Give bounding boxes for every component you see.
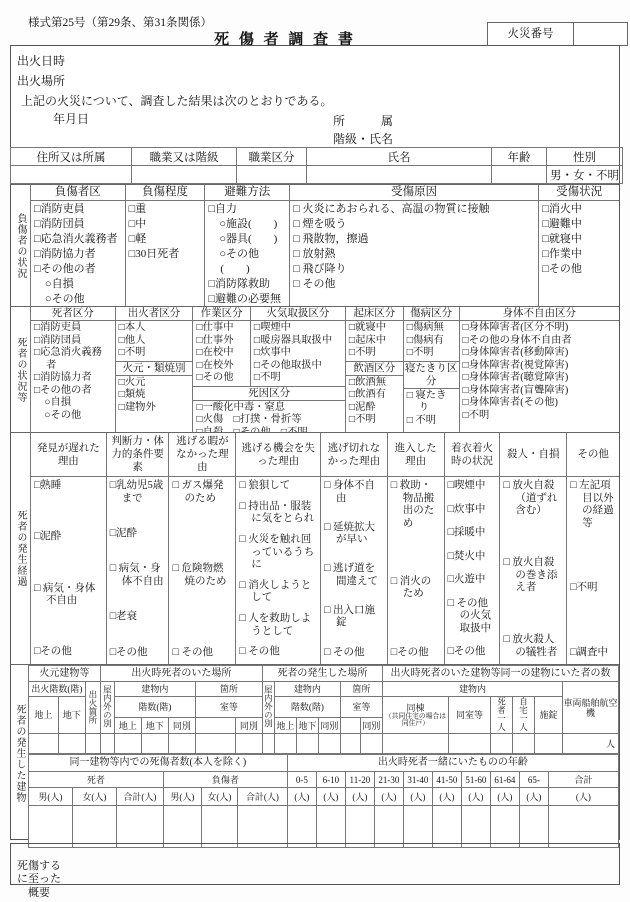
checkbox-item[interactable]: □不明	[254, 372, 342, 385]
checkbox-item[interactable]: □仕事中	[196, 322, 246, 335]
checkbox-item[interactable]: □消火中	[542, 202, 616, 217]
checkbox-item[interactable]: □ その他	[239, 646, 317, 659]
summary-label: 死傷する に至った 概要	[17, 860, 61, 899]
checkbox-item[interactable]: □泥酔	[34, 531, 103, 544]
hdr-above-ground: 地上	[274, 718, 296, 734]
rank-name-label: 階級・氏名	[333, 130, 393, 148]
data-cell[interactable]	[382, 734, 448, 754]
data-cell[interactable]	[195, 734, 235, 754]
checkbox-item[interactable]: □不明	[570, 582, 616, 595]
checkbox-item[interactable]: □ 左記項目以外の経過等	[570, 480, 616, 530]
data-cell[interactable]	[100, 734, 114, 754]
checkbox-item[interactable]: □その他の者	[34, 262, 122, 277]
checkbox-item[interactable]: □傷病有	[407, 335, 456, 348]
checkbox-item[interactable]: □ その他	[324, 647, 384, 660]
age-range-header: 合計	[548, 772, 618, 788]
column-header: 受傷状況	[539, 185, 619, 201]
data-cell[interactable]	[168, 734, 195, 754]
age-unit-cell: (人)	[461, 788, 490, 806]
checkbox-item[interactable]: □その他	[196, 372, 246, 385]
name-input[interactable]	[307, 166, 492, 184]
checkbox-item[interactable]: □喫煙中	[448, 480, 497, 493]
checkbox-item[interactable]: □避難中	[542, 217, 616, 232]
checkbox-item[interactable]: □ 逃げ道を間違えて	[324, 563, 384, 588]
checkbox-item[interactable]: □ 飛散物，擦過	[293, 232, 535, 247]
checkbox-item[interactable]: □不明	[349, 414, 400, 427]
person-table: 住所又は所属 職業又は階級 職業区分 氏名 年齢 性別 男・女・不明	[10, 147, 623, 184]
person-header-row: 住所又は所属 職業又は階級 職業区分 氏名 年齢 性別	[11, 148, 623, 166]
checkbox-item[interactable]: □応急消火義務者	[34, 347, 112, 372]
data-cell[interactable]	[374, 806, 403, 848]
data-cell[interactable]	[235, 734, 262, 754]
age-unit-cell: (人)	[316, 788, 345, 806]
checkbox-item[interactable]: □火遊中	[448, 574, 497, 587]
hdr-origin-floors: 出火階数(階)	[28, 682, 85, 697]
checkbox-item[interactable]: □ 放火殺人の犠牲者	[503, 634, 563, 659]
checkbox-item[interactable]: □重	[129, 202, 202, 217]
age-input[interactable]	[492, 166, 547, 184]
hdr-same-building-casualties: 同一建物等内での死傷者数(本人を除く)	[28, 755, 287, 772]
col-dead-category: 死者区分 □消防吏員□消防団員□応急消火義務者□消防協力者□その他の者 ○自損 …	[31, 307, 116, 432]
checkbox-row[interactable]: □自殺 □その他 □不明	[196, 427, 342, 433]
hdr-dead-alone: 死者一人	[490, 697, 512, 734]
checkbox-row[interactable]: □一酸化中毒・窒息	[196, 402, 342, 415]
age-unit-cell: (人)	[345, 788, 374, 806]
col-disability-class: 身体不自由区分 □身体障害者(区分不明)□その他の身体不自由者□身体障害者(移動…	[460, 307, 619, 432]
col-work-fire-pair: 作業区分 □仕事中□仕事外□在校中□在校外□その他 火気取扱区分 □喫煙中□暖房…	[193, 307, 346, 432]
checkbox-item[interactable]: ○その他	[34, 292, 122, 306]
checkbox-item[interactable]: □避難の必要無	[208, 292, 286, 306]
checkbox-item[interactable]: □焚火中	[448, 551, 497, 564]
checkbox-item[interactable]: □ 消火のため	[391, 576, 441, 601]
checkbox-item[interactable]: □ 飛び降り	[293, 262, 535, 277]
col-judgement-factors: 判断力・体力的条件要素 □乳幼児5歳まで□泥酔□ 病気・身体不自由□老衰□その他	[107, 433, 170, 664]
data-cell[interactable]	[519, 806, 548, 848]
data-cell[interactable]	[490, 806, 519, 848]
date-label: 年月日	[53, 110, 89, 127]
data-cell[interactable]	[403, 806, 432, 848]
checkbox-item[interactable]: ○その他	[34, 410, 112, 423]
checkbox-item[interactable]: □作業中	[542, 247, 616, 262]
building-location-table: 火元建物等 出火時死者のいた場所 死者の発生した場所 出火時死者のいた建物等同一…	[28, 665, 619, 754]
age-unit-cell: (人)	[490, 788, 519, 806]
col-evacuation-method: 避難方法 □自力 ○施設( ) ○器具( ) ○その他( )□消防隊救助□避難の…	[205, 185, 290, 306]
checkbox-item[interactable]: □ 寝たきり	[407, 390, 456, 415]
data-cell[interactable]	[141, 734, 168, 754]
person-unit-cell[interactable]: 人	[562, 734, 618, 754]
checkbox-item[interactable]: □ 不明	[407, 415, 456, 428]
hdr-sex: 性別	[547, 148, 623, 166]
data-cell[interactable]	[201, 806, 237, 848]
checkbox-item[interactable]: □ 消火しようとして	[239, 580, 317, 605]
col-injury-situation: 受傷状況 □消火中□避難中□就寝中□作業中□その他	[539, 185, 619, 306]
age-range-header: 41-50	[432, 772, 461, 788]
checkbox-item[interactable]: □老衰	[110, 611, 166, 624]
age-range-header: 0-5	[287, 772, 316, 788]
col-murder-selfharm: 殺人・自損 □ 放火自殺（道ずれ含む）□ 放火自殺の巻き添え者□ 放火殺人の犠牲…	[500, 433, 567, 664]
fire-place-label: 出火場所	[17, 72, 65, 89]
checkbox-item[interactable]: □消防団員	[34, 217, 122, 232]
checkbox-item[interactable]: □不明	[407, 347, 456, 360]
data-cell[interactable]	[316, 806, 345, 848]
checkbox-item[interactable]: □調査中	[570, 647, 616, 660]
subheader-bedridden: 寝たきり区分	[404, 361, 459, 389]
hdr-origin-spot: 出火箇所	[85, 682, 100, 734]
occupation-input[interactable]	[132, 166, 237, 184]
checkbox-item[interactable]: □泥酔	[110, 528, 166, 541]
checkbox-item[interactable]: □ その他	[293, 277, 535, 292]
data-cell[interactable]	[85, 734, 100, 754]
subheader-drinking: 飲酒区分	[346, 361, 403, 376]
checkbox-item[interactable]: □消防団員	[34, 335, 112, 348]
data-cell[interactable]	[461, 806, 490, 848]
column-header: その他	[567, 433, 619, 477]
checkbox-item[interactable]: ○その他( )	[208, 247, 286, 277]
age-unit-cell: (人)	[432, 788, 461, 806]
hdr-floor-count-2: 階数(階)	[274, 697, 340, 718]
col-no-time-to-escape: 逃げる暇がなかった理由 □ ガス爆発のため□ 危険物燃焼のため□ その他	[169, 433, 236, 664]
checkbox-item[interactable]: □ 危険物燃焼のため	[172, 563, 232, 588]
column-header: 発見が遅れた理由	[31, 433, 106, 477]
dead-status-section: 死者の状況等 死者区分 □消防吏員□消防団員□応急消火義務者□消防協力者□その他…	[11, 306, 619, 432]
fire-number-box: 火災番号	[487, 22, 628, 46]
hdr-locked: 施錠	[534, 697, 562, 734]
checkbox-item[interactable]: □飲酒無	[349, 377, 400, 390]
data-cell[interactable]	[345, 806, 374, 848]
column-header: 逃げ切れなかった理由	[321, 433, 387, 477]
checkbox-item[interactable]: □暖房器具取扱中	[254, 335, 342, 348]
checkbox-item[interactable]: □ その他の火気取扱中	[448, 598, 497, 636]
hdr-in-building-2: 建物内	[274, 682, 340, 697]
checkbox-item[interactable]: □ 救助・物品搬出のため	[391, 480, 441, 530]
column-header: 火気取扱区分	[251, 307, 345, 321]
data-cell[interactable]	[534, 734, 562, 754]
checkbox-item[interactable]: □仕事外	[196, 335, 246, 348]
building-data-row: 人	[28, 734, 618, 754]
hdr-spot-1: 箇所	[195, 682, 262, 697]
grp-same-building-count: 出火時死者のいた建物等同一の建物にいた者の数	[382, 666, 618, 682]
hdr-total: 合計(人)	[116, 788, 163, 806]
data-cell[interactable]	[58, 734, 85, 754]
checkbox-item[interactable]: □就寝中	[542, 232, 616, 247]
subheader-himoto: 火元・類焼別	[116, 361, 193, 376]
age-unit-cell: (人)	[519, 788, 548, 806]
checkbox-item[interactable]: □ 身体不自由	[324, 480, 384, 505]
checkbox-item[interactable]: □中	[129, 217, 202, 232]
checkbox-item[interactable]: □就寝中	[349, 322, 400, 335]
hdr-occupation: 職業又は階級	[132, 148, 237, 166]
checkbox-item[interactable]: □軽	[129, 232, 202, 247]
affiliation-block: 所 属 階級・氏名	[333, 112, 393, 148]
age-unit-cell: (人)	[548, 788, 618, 806]
checkbox-item[interactable]: □ 持出品・服装に気をとられ	[239, 501, 317, 526]
checkbox-item[interactable]: □その他	[110, 647, 166, 660]
checkbox-item[interactable]: □起床中	[349, 335, 400, 348]
checkbox-item[interactable]: □ 出入口施錠	[324, 605, 384, 630]
hdr-injured-group: 負傷者	[163, 772, 287, 788]
column-header: 負傷程度	[126, 185, 205, 201]
checkbox-item[interactable]: ○器具( )	[208, 232, 286, 247]
column-header: 殺人・自損	[500, 433, 566, 477]
sex-options[interactable]: 男・女・不明	[547, 166, 623, 184]
checkbox-item[interactable]: □ 火炎にあおられる、高温の物質に接触	[293, 202, 535, 217]
column-header: 負傷者区	[31, 185, 125, 201]
column-header: 作業区分	[193, 307, 249, 321]
checkbox-item[interactable]: □類焼	[119, 389, 190, 402]
checkbox-item[interactable]: □消防吏員	[34, 322, 112, 335]
hdr-indoor-outdoor-1: 屋内外の別	[100, 682, 114, 734]
checkbox-item[interactable]: □ 人を救助しようとして	[239, 613, 317, 638]
section-label-building: 死者の発生した建物	[11, 665, 29, 842]
data-cell[interactable]	[548, 806, 618, 848]
data-cell[interactable]	[448, 734, 490, 754]
age-range-header: 51-60	[461, 772, 490, 788]
col-injured-category: 負傷者区 □消防吏員□消防団員□応急消火義務者□消防協力者□その他の者 ○自損 …	[31, 185, 126, 306]
checkbox-item[interactable]: □ 放射熱	[293, 247, 535, 262]
subheader-death-cause: 死因区分	[193, 387, 345, 401]
checkbox-item[interactable]: □ 煙を吸う	[293, 217, 535, 232]
hdr-room-1: 室等	[195, 697, 262, 718]
checkbox-item[interactable]: □建物外	[119, 402, 190, 415]
checkbox-row[interactable]: □火傷 □打撲・骨折等	[196, 414, 342, 427]
checkbox-item[interactable]: □その他の者	[34, 385, 112, 398]
data-cell[interactable]	[490, 734, 512, 754]
checkbox-item[interactable]: □本人	[119, 322, 190, 335]
checkbox-item[interactable]: □ 火災を触れ回っているうちに	[239, 534, 317, 572]
col-could-not-escape: 逃げ切れなかった理由 □ 身体不自由□ 延焼拡大が早い□ 逃げ道を間違えて□ 出…	[321, 433, 388, 664]
data-cell[interactable]	[262, 734, 274, 754]
casualty-count-table: 同一建物等内での死傷者数(本人を除く) 出火時死者一緒にいたものの年齢 死者 負…	[28, 754, 619, 848]
column-header: 起床区分	[346, 307, 403, 321]
checkbox-item[interactable]: □ 病気・身体不自由	[110, 563, 166, 588]
hdr-home-alone: 自宅一人	[512, 697, 534, 734]
hdr-same-diff: 同別	[360, 718, 382, 734]
hdr-in-building-1: 建物内	[114, 682, 195, 697]
fire-datetime-label: 出火日時	[17, 52, 65, 69]
intro-block: 出火日時 出火場所 上記の火災について、調査した結果は次のとおりである。 年月日…	[11, 46, 619, 147]
section-label-progress: 死者の発生経過	[11, 433, 31, 664]
col-wakeup-class: 起床区分 □就寝中□起床中□不明 飲酒区分 □飲酒無□飲酒有□泥酔□不明	[346, 307, 404, 432]
checkbox-item[interactable]: □その他	[391, 647, 441, 660]
checkbox-item[interactable]: □消防協力者	[34, 372, 112, 385]
col-other: その他 □ 左記項目以外の経過等□不明□調査中	[567, 433, 619, 664]
grp-origin-building: 火元建物等	[28, 666, 100, 682]
column-header: 逃げる暇がなかった理由	[169, 433, 235, 477]
checkbox-item[interactable]: □その他の身体不自由者	[463, 335, 616, 348]
checkbox-item[interactable]: □在校中	[196, 347, 246, 360]
hdr-vehicle-ship-aircraft: 車両船舶航空機	[562, 682, 618, 734]
casualty-data-row	[28, 806, 618, 848]
checkbox-item[interactable]: □消防吏員	[34, 202, 122, 217]
checkbox-item[interactable]: □身体障害者(移動障害)	[463, 347, 616, 360]
checkbox-item[interactable]: □ 放火自殺（道ずれ含む）	[503, 480, 563, 518]
data-cell[interactable]	[28, 734, 58, 754]
column-header: 逃げる機会を失った理由	[236, 433, 320, 477]
col-lost-chance: 逃げる機会を失った理由 □ 狼狽して□ 持出品・服装に気をとられ□ 火災を触れ回…	[236, 433, 321, 664]
checkbox-item[interactable]: □その他	[448, 646, 497, 659]
hdr-same-diff: 同別	[235, 718, 262, 734]
hdr-name: 氏名	[307, 148, 492, 166]
column-header: 身体不自由区分	[460, 307, 619, 321]
age-unit-cell: (人)	[403, 788, 432, 806]
grp-location-at-ignition: 出火時死者のいた場所	[100, 666, 262, 682]
checkbox-item[interactable]: ○自損	[34, 397, 112, 410]
checkbox-item[interactable]: □身体障害者(盲聾障害)	[463, 385, 616, 398]
checkbox-item[interactable]: □不明	[349, 347, 400, 360]
checkbox-item[interactable]: □身体障害者(区分不明)	[463, 322, 616, 335]
checkbox-item[interactable]: □身体障害者(その他)	[463, 397, 616, 410]
hdr-above-ground: 地上	[28, 697, 58, 734]
injured-status-section: 負傷者の状況 負傷者区 □消防吏員□消防団員□応急消火義務者□消防協力者□その他…	[11, 184, 619, 306]
checkbox-item[interactable]: □その他	[34, 646, 103, 659]
section-label-injured: 負傷者の状況	[11, 185, 31, 306]
checkbox-item[interactable]: □その他	[542, 262, 616, 277]
fire-number-input[interactable]	[574, 23, 627, 45]
data-cell[interactable]	[274, 734, 296, 754]
hdr-floor-count-1: 階数(階)	[114, 697, 195, 718]
col-fire-handling: 火気取扱区分 □喫煙中□暖房器具取扱中□炊事中□その他取扱中□不明	[251, 307, 345, 386]
checkbox-item[interactable]: □ 放火自殺の巻き添え者	[503, 557, 563, 595]
hdr-male: 男(人)	[28, 788, 72, 806]
hdr-companion-ages: 出火時死者一緒にいたものの年齢	[287, 755, 618, 772]
checkbox-item[interactable]: □採暖中	[448, 527, 497, 540]
hdr-male: 男(人)	[163, 788, 201, 806]
age-unit-cell: (人)	[287, 788, 316, 806]
age-range-header: 65-	[519, 772, 548, 788]
checkbox-item[interactable]: □熟睡	[34, 480, 103, 493]
checkbox-item[interactable]: □不明	[119, 347, 190, 360]
hdr-same-diff: 同別	[318, 718, 340, 734]
checkbox-item[interactable]: □ その他	[172, 647, 232, 660]
hdr-below-ground: 地下	[141, 718, 168, 734]
data-cell[interactable]	[287, 806, 316, 848]
checkbox-item[interactable]: □傷病無	[407, 322, 456, 335]
address-input[interactable]	[11, 166, 132, 184]
column-header: 出火者区分	[116, 307, 193, 321]
checkbox-item[interactable]: □身体障害者(聴覚障害)	[463, 372, 616, 385]
hdr-spot-2: 箇所	[340, 682, 382, 697]
building-section: 死者の発生した建物 火元建物等 出火時死者のいた場所 死者の発生した場所 出火時…	[11, 664, 619, 842]
checkbox-item[interactable]: □炊事中	[254, 347, 342, 360]
data-cell[interactable]	[114, 734, 141, 754]
data-cell[interactable]	[512, 734, 534, 754]
data-cell[interactable]	[432, 806, 461, 848]
hdr-indoor-outdoor-2: 屋内外の別	[262, 682, 274, 734]
occupation-class-input[interactable]	[237, 166, 307, 184]
column-header: 着衣着火時の状況	[445, 433, 500, 477]
hdr-in-building-3: 建物内	[382, 682, 562, 697]
hdr-same-ridge: 同棟 （共同住宅の場合は同住戸）	[382, 697, 448, 734]
hdr-below-ground: 地下	[296, 718, 318, 734]
hdr-female: 女(人)	[201, 788, 237, 806]
data-cell[interactable]	[340, 718, 360, 734]
age-unit-cell: (人)	[374, 788, 403, 806]
checkbox-item[interactable]: □乳幼児5歳まで	[110, 480, 166, 505]
checkbox-item[interactable]: ○自損	[34, 277, 122, 292]
checkbox-item[interactable]: □ ガス爆発のため	[172, 480, 232, 505]
data-cell[interactable]	[296, 734, 318, 754]
checkbox-item[interactable]: □応急消火義務者	[34, 232, 122, 247]
checkbox-item[interactable]: □他人	[119, 335, 190, 348]
col-fire-starter: 出火者区分 □本人□他人□不明 火元・類焼別 □火元□類焼□建物外	[116, 307, 194, 432]
checkbox-item[interactable]: □飲酒有	[349, 389, 400, 402]
col-sickness-class: 傷病区分 □傷病無□傷病有□不明 寝たきり区分 □ 寝たきり□ 不明	[404, 307, 460, 432]
checkbox-item[interactable]: □炊事中	[448, 504, 497, 517]
death-cause-block: 死因区分 □一酸化中毒・窒息□火傷 □打撲・骨折等□自殺 □その他 □不明	[193, 386, 345, 433]
section-label-dead: 死者の状況等	[11, 307, 31, 432]
data-cell[interactable]	[163, 806, 201, 848]
data-cell[interactable]	[195, 718, 235, 734]
fire-number-label: 火災番号	[488, 23, 574, 45]
hdr-same-room: 同室等	[448, 697, 490, 734]
hdr-below-ground: 地下	[58, 697, 85, 734]
hdr-occupation-class: 職業区分	[237, 148, 307, 166]
checkbox-item[interactable]: □ 延焼拡大が早い	[324, 522, 384, 547]
data-cell[interactable]	[340, 734, 360, 754]
data-cell[interactable]	[318, 734, 340, 754]
checkbox-item[interactable]: □在校外	[196, 360, 246, 373]
age-range-header: 6-10	[316, 772, 345, 788]
checkbox-item[interactable]: □不明	[463, 410, 616, 423]
checkbox-item[interactable]: □30日死者	[129, 247, 202, 262]
affiliation-label: 所 属	[333, 112, 393, 130]
checkbox-item[interactable]: □喫煙中	[254, 322, 342, 335]
data-cell[interactable]	[116, 806, 163, 848]
checkbox-item[interactable]: □泥酔	[349, 402, 400, 415]
death-progress-section: 死者の発生経過 発見が遅れた理由 □熟睡□泥酔□ 病気・身体不自由□その他 判断…	[11, 432, 619, 664]
checkbox-item[interactable]: □消防協力者	[34, 247, 122, 262]
column-header: 受傷原因	[290, 185, 538, 201]
age-range-header: 61-64	[490, 772, 519, 788]
summary-box[interactable]: 死傷する に至った 概要	[10, 843, 620, 885]
checkbox-item[interactable]: □ 病気・身体不自由	[34, 583, 103, 608]
main-form: 出火日時 出火場所 上記の火災について、調査した結果は次のとおりである。 年月日…	[10, 45, 620, 840]
age-range-header: 31-40	[403, 772, 432, 788]
checkbox-item[interactable]: □消防隊救助	[208, 277, 286, 292]
age-range-header: 21-30	[374, 772, 403, 788]
hdr-same-diff: 同別	[168, 718, 195, 734]
hdr-dead-group: 死者	[28, 772, 163, 788]
column-header: 傷病区分	[404, 307, 459, 321]
column-header: 進入した理由	[388, 433, 444, 477]
hdr-age: 年齢	[492, 148, 547, 166]
hdr-above-ground: 地上	[114, 718, 141, 734]
col-clothing-ignition: 着衣着火時の状況 □喫煙中□炊事中□採暖中□焚火中□火遊中□ その他の火気取扱中…	[445, 433, 501, 664]
col-injury-degree: 負傷程度 □重□中□軽□30日死者	[126, 185, 206, 306]
column-header: 死者区分	[31, 307, 115, 321]
data-cell[interactable]	[28, 806, 72, 848]
statement-text: 上記の火災について、調査した結果は次のとおりである。	[21, 92, 333, 109]
checkbox-item[interactable]: □身体障害者(視覚障害)	[463, 360, 616, 373]
checkbox-item[interactable]: □自力	[208, 202, 286, 217]
hdr-address: 住所又は所属	[11, 148, 132, 166]
checkbox-item[interactable]: □ 狼狽して	[239, 480, 317, 493]
checkbox-item[interactable]: □火元	[119, 377, 190, 390]
column-header: 避難方法	[205, 185, 289, 201]
checkbox-item[interactable]: □その他取扱中	[254, 360, 342, 373]
person-value-row: 男・女・不明	[11, 166, 623, 184]
col-entered-reason: 進入した理由 □ 救助・物品搬出のため□ 消火のため□その他	[388, 433, 445, 664]
checkbox-item[interactable]: ○施設( )	[208, 217, 286, 232]
data-cell[interactable]	[72, 806, 116, 848]
col-late-discovery: 発見が遅れた理由 □熟睡□泥酔□ 病気・身体不自由□その他	[31, 433, 107, 664]
column-header: 判断力・体力的条件要素	[107, 433, 169, 477]
hdr-room-2: 室等	[340, 697, 382, 718]
hdr-female: 女(人)	[72, 788, 116, 806]
data-cell[interactable]	[360, 734, 382, 754]
col-injury-cause: 受傷原因 □ 火炎にあおられる、高温の物質に接触□ 煙を吸う□ 飛散物，擦過□ …	[290, 185, 539, 306]
data-cell[interactable]	[237, 806, 287, 848]
